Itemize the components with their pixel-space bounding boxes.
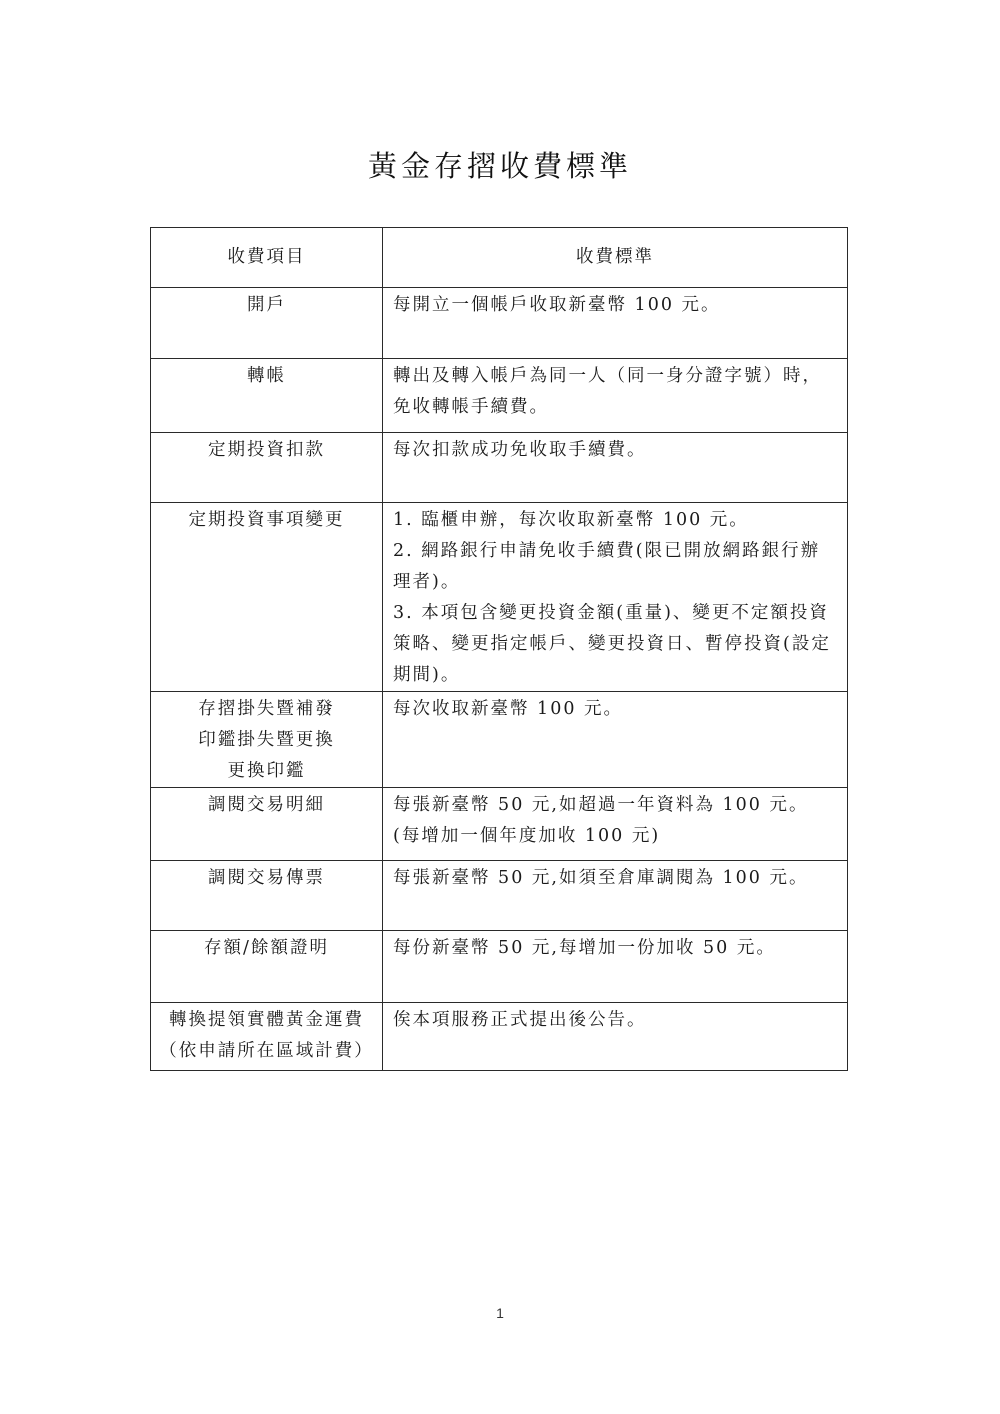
fee-item-line: 存摺掛失暨補發 — [151, 694, 382, 725]
table-row-balance-certificate: 存額/餘額證明 每份新臺幣 50 元,每增加一份加收 50 元。 — [151, 931, 848, 1003]
table-row-regular-investment-change: 定期投資事項變更 1. 臨櫃申辦，每次收取新臺幣 100 元。 2. 網路銀行申… — [151, 503, 848, 692]
table-row-passbook-seal-loss: 存摺掛失暨補發 印鑑掛失暨更換 更換印鑑 每次收取新臺幣 100 元。 — [151, 692, 848, 788]
table-row-transaction-vouchers: 調閱交易傳票 每張新臺幣 50 元,如須至倉庫調閱為 100 元。 — [151, 861, 848, 931]
fee-standard-line: 每次收取新臺幣 100 元。 — [393, 694, 839, 725]
fee-standard-line: 每開立一個帳戶收取新臺幣 100 元。 — [393, 290, 839, 321]
column-header-standard: 收費標準 — [383, 228, 848, 288]
fee-standard: 每開立一個帳戶收取新臺幣 100 元。 — [383, 288, 848, 359]
fee-item: 定期投資事項變更 — [151, 503, 383, 692]
fee-table: 收費項目 收費標準 開戶 每開立一個帳戶收取新臺幣 100 元。 轉帳 轉出及轉… — [150, 227, 848, 1071]
fee-item-line: 轉帳 — [151, 361, 382, 392]
fee-item: 存額/餘額證明 — [151, 931, 383, 1003]
fee-item-line: 存額/餘額證明 — [151, 933, 382, 964]
fee-item-line: 定期投資事項變更 — [151, 505, 382, 536]
fee-standard: 俟本項服務正式提出後公告。 — [383, 1003, 848, 1071]
column-header-item: 收費項目 — [151, 228, 383, 288]
fee-standard-line: 2. 網路銀行申請免收手續費(限已開放網路銀行辦 — [393, 536, 839, 567]
fee-standard: 每次收取新臺幣 100 元。 — [383, 692, 848, 788]
fee-item-line: 開戶 — [151, 290, 382, 321]
fee-item: 轉帳 — [151, 359, 383, 433]
table-row-physical-gold-shipping: 轉換提領實體黃金運費 （依申請所在區域計費） 俟本項服務正式提出後公告。 — [151, 1003, 848, 1071]
fee-standard-line: 1. 臨櫃申辦，每次收取新臺幣 100 元。 — [393, 505, 839, 536]
fee-item: 開戶 — [151, 288, 383, 359]
fee-item-line: 調閱交易明細 — [151, 790, 382, 821]
table-row-transfer: 轉帳 轉出及轉入帳戶為同一人（同一身分證字號）時， 免收轉帳手續費。 — [151, 359, 848, 433]
table-header-row: 收費項目 收費標準 — [151, 228, 848, 288]
fee-item: 存摺掛失暨補發 印鑑掛失暨更換 更換印鑑 — [151, 692, 383, 788]
page-number: 1 — [0, 1305, 1000, 1321]
fee-item-line: 印鑑掛失暨更換 — [151, 725, 382, 756]
fee-standard-line: 每張新臺幣 50 元,如超過一年資料為 100 元。 — [393, 790, 839, 821]
fee-standard: 每次扣款成功免收取手續費。 — [383, 433, 848, 503]
table-row-transaction-details: 調閱交易明細 每張新臺幣 50 元,如超過一年資料為 100 元。 (每增加一個… — [151, 788, 848, 861]
fee-standard-line: 理者)。 — [393, 567, 839, 598]
table-row-account-opening: 開戶 每開立一個帳戶收取新臺幣 100 元。 — [151, 288, 848, 359]
fee-item-line: 定期投資扣款 — [151, 435, 382, 466]
fee-standard-line: 轉出及轉入帳戶為同一人（同一身分證字號）時， — [393, 361, 839, 392]
fee-standard-line: 期間)。 — [393, 660, 839, 691]
fee-standard-line: 免收轉帳手續費。 — [393, 392, 839, 423]
fee-item: 轉換提領實體黃金運費 （依申請所在區域計費） — [151, 1003, 383, 1071]
fee-standard: 轉出及轉入帳戶為同一人（同一身分證字號）時， 免收轉帳手續費。 — [383, 359, 848, 433]
fee-standard-line: 每次扣款成功免收取手續費。 — [393, 435, 839, 466]
document-title: 黃金存摺收費標準 — [0, 144, 1000, 185]
fee-item-line: 更換印鑑 — [151, 756, 382, 787]
fee-standard-line: 每份新臺幣 50 元,每增加一份加收 50 元。 — [393, 933, 839, 964]
fee-standard-line: 策略、變更指定帳戶、變更投資日、暫停投資(設定 — [393, 629, 839, 660]
fee-standard: 每份新臺幣 50 元,每增加一份加收 50 元。 — [383, 931, 848, 1003]
table-row-regular-investment-deduction: 定期投資扣款 每次扣款成功免收取手續費。 — [151, 433, 848, 503]
fee-item: 定期投資扣款 — [151, 433, 383, 503]
fee-item-line: 轉換提領實體黃金運費 — [151, 1005, 382, 1036]
fee-standard-line: 每張新臺幣 50 元,如須至倉庫調閱為 100 元。 — [393, 863, 839, 894]
fee-standard-line: 俟本項服務正式提出後公告。 — [393, 1005, 839, 1036]
fee-item: 調閱交易明細 — [151, 788, 383, 861]
fee-standard-line: (每增加一個年度加收 100 元) — [393, 821, 839, 852]
fee-standard: 1. 臨櫃申辦，每次收取新臺幣 100 元。 2. 網路銀行申請免收手續費(限已… — [383, 503, 848, 692]
fee-item-line: （依申請所在區域計費） — [151, 1036, 382, 1067]
fee-standard: 每張新臺幣 50 元,如須至倉庫調閱為 100 元。 — [383, 861, 848, 931]
fee-item: 調閱交易傳票 — [151, 861, 383, 931]
fee-standard: 每張新臺幣 50 元,如超過一年資料為 100 元。 (每增加一個年度加收 10… — [383, 788, 848, 861]
fee-standard-line: 3. 本項包含變更投資金額(重量)、變更不定額投資 — [393, 598, 839, 629]
fee-item-line: 調閱交易傳票 — [151, 863, 382, 894]
